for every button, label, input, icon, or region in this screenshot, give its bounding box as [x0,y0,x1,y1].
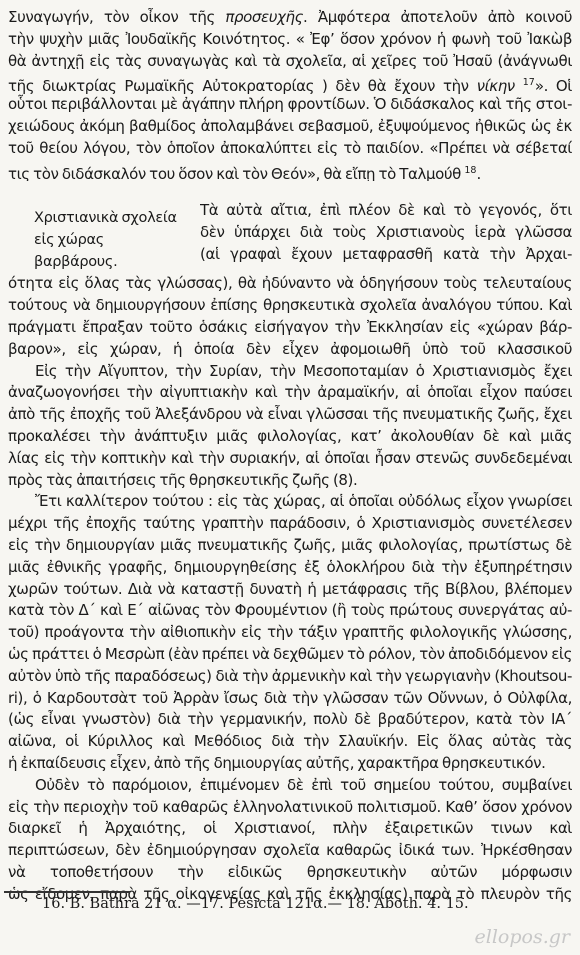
text-line: Εἰς τὴν Αἴγυπτον, τὴν Συρίαν, τὴν Μεσοπο… [8,361,572,383]
section-christian-schools: Χριστιανικὰ σχολεία εἰς χώρας βαρβάρους.… [8,200,572,360]
text-line: κατὰ τὸν Δ´ καὶ Ε´ αἰῶνας τὸν Φρουμέντιο… [8,600,572,622]
text-segment: . Ἀμφότερα ἀποτελοῦν ἀπὸ κοινοῦ [303,8,572,26]
text-line: μιᾶς ἐθνικῆς γραφῆς, δημιουργηθείσης ἐξ … [8,557,572,579]
text-segment: . [476,165,480,182]
text-line: Ἔτι καλλίτερον τούτου : εἰς τὰς χώρας, α… [8,491,572,513]
text-line: τις τὸν διδάσκαλόν του ὅσον καὶ τὸν Θεόν… [8,160,572,182]
margin-note: Χριστιανικὰ σχολεία εἰς χώρας βαρβάρους. [8,200,200,273]
text-line: ότητα εἰς ὅλας τὰς γλώσσας), θὰ ἠδύναντο… [8,273,572,295]
text-line: μέχρι τῆς ἐποχῆς ταύτης γραπτὴν παράδοσι… [8,513,572,535]
footnote-block: 16. B. Bathra 21 α. —17. Pesicta 121α.— … [8,891,572,912]
footnote-text: 16. B. Bathra 21 α. —17. Pesicta 121α.— … [8,896,572,912]
italic-word: προσευχῆς [225,8,303,26]
text-line: τούτους νὰ δημιουργήσουν ἐπίσης θρησκευτ… [8,295,572,317]
margin-note-line: εἰς χώρας βαρβάρους. [34,229,186,273]
text-line: ἀναζωογονήσει τὴν αἰγυπτιακὴν καὶ τὴν ἀρ… [8,382,572,404]
text-line: εἰς τὴν δημιουργίαν μιᾶς πνευματικῆς ζωῆ… [8,535,572,557]
text-line: χειώδους ἀκόμη βαθμίδος ἀπολαμβάνει σεβα… [8,116,572,138]
text-line: αὐτὸν ὑπὸ τῆς παραδόσεως) διὰ τὴν ἀρμενι… [8,666,572,688]
text-line: αἰῶνα, οἱ Κύριλλος καὶ Μεθόδιος διὰ τὴν … [8,731,572,753]
text-line: ἀπὸ τῆς ἐποχῆς τοῦ Ἀλεξάνδρου νὰ εἶναι γ… [8,404,572,426]
text-line: λίας εἰς τὴν κοπτικὴν καὶ τὴν συριακήν, … [8,448,572,470]
text-line: περιπτώσεων, δὲν ἐδημιούργησαν σχολεῖα κ… [8,840,572,862]
indented-text-column: Τὰ αὐτὰ αἴτια, ἐπὶ πλέον δὲ καὶ τὸ γεγον… [200,200,572,273]
text-line: (αἱ γραφαὶ ἔχουν μεταφρασθῆ κατὰ τὴν Ἀρχ… [200,244,572,266]
text-line: δὲν ὑπάρχει διὰ τοὺς Χριστιανοὺς ἱερὰ γλ… [200,222,572,244]
paragraph-synagogue: Συναγωγήν, τὸν οἶκον τῆς προσευχῆς. Ἀμφό… [8,7,572,181]
text-line: πράγματι ἔπραξαν τοῦτο ὁσάκις εἰσήγαγον … [8,317,572,339]
text-line: ὡς πράττει ὁ Μεσρὼπ (ἐὰν πρέπει νὰ δεχθῶ… [8,644,572,666]
text-line: ri), ὁ Καρδουτσὰτ τοῦ Ἀρρὰν ἴσως διὰ τὴν… [8,688,572,710]
italic-word: νίκην [477,77,515,94]
margin-note-line: Χριστιανικὰ σχολεία [34,207,186,229]
text-segment: Συναγωγήν, τὸν οἶκον τῆς [8,8,225,26]
text-segment: τις τὸν διδάσκαλόν του ὅσον καὶ τὸν Θεόν… [8,165,464,182]
text-line: θὰ ἀντηχῇ εἰς τὰς συναγωγὰς καὶ τὰ σχολε… [8,51,572,73]
text-line: (ὡς εἶναι γνωστὸν) διὰ τὴν γερμανικήν, π… [8,709,572,731]
text-line: βαρον», εἰς χώραν, ἡ ὁποία δὲν εἶχεν ἀφο… [8,339,572,361]
paragraph-new-scripts: Ἔτι καλλίτερον τούτου : εἰς τὰς χώρας, α… [8,491,572,774]
text-line: προκαλέσει τὴν ἀνάπτυξιν μιᾶς φιλολογίας… [8,426,572,448]
text-line: διαρκεῖ ἡ Ἀρχαιότης, οἱ Χριστιανοί, πλὴν… [8,818,572,840]
margin-note-row: Χριστιανικὰ σχολεία εἰς χώρας βαρβάρους.… [8,200,572,273]
text-line: εἰς τὴν περιοχὴν τοῦ καθαρῶς ἑλληνολατιν… [8,797,572,819]
text-line: Τὰ αὐτὰ αἴτια, ἐπὶ πλέον δὲ καὶ τὸ γεγον… [200,200,572,222]
text-line: τὴν ψυχὴν μιᾶς Ἰουδαϊκῆς Κοινότητος. « Ἐ… [8,29,572,51]
text-line: τοῦ θείου λόγου, τὸν ὁποῖον ἀποκαλύπτει … [8,138,572,160]
page-body: Συναγωγήν, τὸν οἶκον τῆς προσευχῆς. Ἀμφό… [8,7,572,905]
text-line: πρὸς τὰς ἀπαιτήσεις τῆς θρησκευτικῆς ζωῆ… [8,470,572,492]
footnote-ref-18: 18 [464,165,476,176]
watermark-ellopos: ellopos.gr [475,926,570,948]
text-line: οὗτοι περιβάλλονται μὲ ἀγάπην πλήρη φρον… [8,94,572,116]
text-line: τῆς διωκτρίας Ρωμαϊκῆς Αὐτοκρατορίας ) δ… [8,72,572,94]
paragraph-greco-latin: Οὐδὲν τὸ παρόμοιον, ἐπιμένομεν δὲ ἐπὶ το… [8,775,572,906]
text-segment: τῆς διωκτρίας Ρωμαϊκῆς Αὐτοκρατορίας ) δ… [8,77,477,94]
text-line: νὰ τοποθετήσουν τὴν εἰδικῶς θρησκευτικὴν… [8,862,572,884]
book-page: Συναγωγήν, τὸν οἶκον τῆς προσευχῆς. Ἀμφό… [0,0,580,955]
text-line: Συναγωγήν, τὸν οἶκον τῆς προσευχῆς. Ἀμφό… [8,7,572,29]
footnote-separator-rule [4,891,130,893]
text-line: ἡ ἐκπαίδευσις εἶχεν, ἀπὸ τῆς δημιουργίας… [8,753,572,775]
text-line: τοῦ) προάγοντα τὴν αἰθιοπικὴν εἰς τὴν τά… [8,622,572,644]
text-line: χωρῶν τούτων. Διὰ νὰ καταστῇ δυνατὴ ἡ με… [8,579,572,601]
paragraph-egypt-syria: Εἰς τὴν Αἴγυπτον, τὴν Συρίαν, τὴν Μεσοπο… [8,361,572,492]
footnote-ref-17: 17 [523,77,535,88]
text-line: Οὐδὲν τὸ παρόμοιον, ἐπιμένομεν δὲ ἐπὶ το… [8,775,572,797]
